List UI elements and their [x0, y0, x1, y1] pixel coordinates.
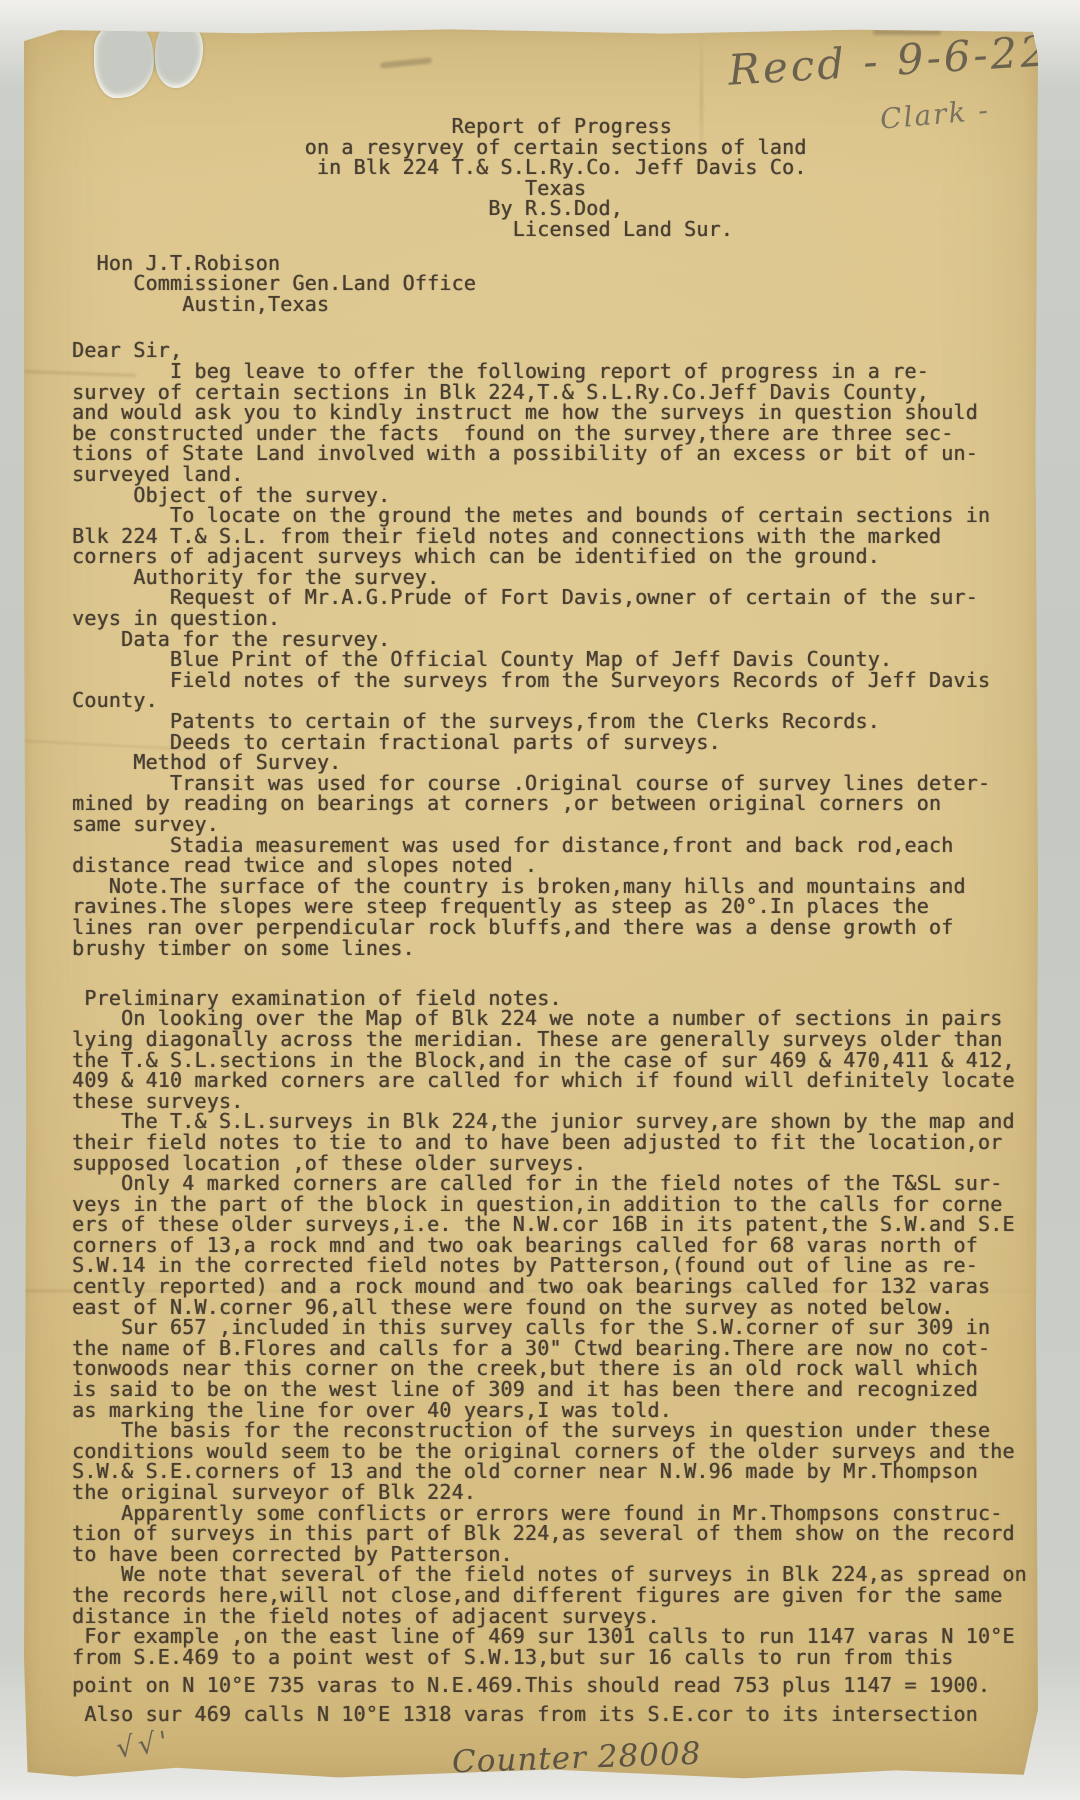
typed-line: be constructed under the facts found on … [72, 423, 1038, 444]
typed-line: Transit was used for course .Original co… [72, 773, 1038, 794]
typed-line: same survey. [72, 814, 1038, 835]
typed-line: Request of Mr.A.G.Prude of Fort Davis,ow… [72, 587, 1038, 608]
typed-line: corners of adjacent surveys which can be… [72, 546, 1038, 567]
typed-line: supposed location ,of these older survey… [72, 1153, 1038, 1174]
report-title-block: Report of Progress on a resyrvey of cert… [72, 116, 1038, 240]
typed-line: Authority for the survey. [72, 567, 1038, 588]
typed-line: lying diagonally across the meridian. Th… [72, 1029, 1038, 1050]
scan-background: Recd - 9-6-22 Clark - Report of Progress… [0, 0, 1080, 1800]
typed-line: survey of certain sections in Blk 224,T.… [72, 382, 1038, 403]
typed-line: Preliminary examination of field notes. [72, 988, 1038, 1009]
typed-line: on a resyrvey of certain sections of lan… [72, 137, 1038, 158]
document-paper: Recd - 9-6-22 Clark - Report of Progress… [24, 28, 1038, 1780]
typed-line: Patents to certain of the surveys,from t… [72, 711, 1038, 732]
typed-line: 409 & 410 marked corners are called for … [72, 1070, 1038, 1091]
typed-line: the original surveyor of Blk 224. [72, 1482, 1038, 1503]
typed-line: from S.E.469 to a point west of S.W.13,b… [72, 1647, 1038, 1668]
typed-line: Dear Sir, [72, 340, 1038, 361]
typed-line: to have been corrected by Patterson. [72, 1544, 1038, 1565]
typed-line: the name of B.Flores and calls for a 30"… [72, 1338, 1038, 1359]
typed-line: and would ask you to kindly instruct me … [72, 402, 1038, 423]
typed-line: their field notes to tie to and to have … [72, 1132, 1038, 1153]
typed-line: The T.& S.L.surveys in Blk 224,the junio… [72, 1111, 1038, 1132]
typed-line: Data for the resurvey. [72, 629, 1038, 650]
typed-line: Blk 224 T.& S.L. from their field notes … [72, 526, 1038, 547]
typed-line: The basis for the reconstruction of the … [72, 1420, 1038, 1441]
typed-line: Field notes of the surveys from the Surv… [72, 670, 1038, 691]
typed-line: east of N.W.corner 96,all these were fou… [72, 1297, 1038, 1318]
typed-line: Also sur 469 calls N 10°E 1318 varas fro… [72, 1704, 1038, 1725]
typed-line: point on N 10°E 735 varas to N.E.469.Thi… [72, 1675, 1038, 1696]
typed-line: cently reported) and a rock mound and tw… [72, 1276, 1038, 1297]
typed-line: veys in question. [72, 608, 1038, 629]
typed-line [72, 958, 1038, 979]
typed-line: For example ,on the east line of 469 sur… [72, 1626, 1038, 1647]
typed-line: veys in the part of the block in questio… [72, 1194, 1038, 1215]
typed-line: distance read twice and slopes noted . [72, 855, 1038, 876]
typed-line: Only 4 marked corners are called for in … [72, 1173, 1038, 1194]
typed-line: is said to be on the west line of 309 an… [72, 1379, 1038, 1400]
typed-line: Texas [72, 178, 1038, 199]
typed-line: By R.S.Dod, [72, 198, 1038, 219]
typed-line: Apparently some conflicts or errors were… [72, 1503, 1038, 1524]
typed-line: Sur 657 ,included in this survey calls f… [72, 1317, 1038, 1338]
typed-line: Austin,Texas [72, 294, 1038, 315]
recipient-address-block: Hon J.T.Robison Commissioner Gen.Land Of… [72, 253, 1038, 315]
typed-line: lines ran over perpendicular rock bluffs… [72, 917, 1038, 938]
typed-line: We note that several of the field notes … [72, 1564, 1038, 1585]
typed-line: as marking the line for over 40 years,I … [72, 1400, 1038, 1421]
file-number-annotation: Counter 28008 [451, 1736, 702, 1781]
typed-line: conditions would seem to be the original… [72, 1441, 1038, 1462]
typed-line: Note.The surface of the country is broke… [72, 876, 1038, 897]
typed-line: brushy timber on some lines. [72, 938, 1038, 959]
typed-line: tion of surveys in this part of Blk 224,… [72, 1523, 1038, 1544]
typed-line: mined by reading on bearings at corners … [72, 793, 1038, 814]
typed-line: ravines.The slopes were steep frequently… [72, 896, 1038, 917]
typed-line: corners of 13,a rock mnd and two oak bea… [72, 1235, 1038, 1256]
typed-line: S.W.14 in the corrected field notes by P… [72, 1255, 1038, 1276]
typed-line: tonwoods near this corner on the creek,b… [72, 1358, 1038, 1379]
typed-line: distance in the field notes of adjacent … [72, 1606, 1038, 1627]
typewritten-text: Report of Progress on a resyrvey of cert… [24, 28, 1038, 1725]
typed-line: S.W.& S.E.corners of 13 and the old corn… [72, 1461, 1038, 1482]
typed-line: these surveys. [72, 1091, 1038, 1112]
typed-line: in Blk 224 T.& S.L.Ry.Co. Jeff Davis Co. [72, 157, 1038, 178]
typed-line: tions of State Land involved with a poss… [72, 443, 1038, 464]
typed-line: Report of Progress [72, 116, 1038, 137]
typed-line: Stadia measurement was used for distance… [72, 835, 1038, 856]
typed-line: the records here,will not close,and diff… [72, 1585, 1038, 1606]
letter-body-block: Dear Sir, I beg leave to offer the follo… [72, 340, 1038, 1724]
typed-line: To locate on the ground the metes and bo… [72, 505, 1038, 526]
typed-line: ers of these older surveys,i.e. the N.W.… [72, 1214, 1038, 1235]
typed-line: Hon J.T.Robison [72, 253, 1038, 274]
typed-line: surveyed land. [72, 464, 1038, 485]
typed-line: On looking over the Map of Blk 224 we no… [72, 1008, 1038, 1029]
typed-line: County. [72, 690, 1038, 711]
pencil-checkmarks: √√' [114, 1724, 173, 1764]
typed-line: Licensed Land Sur. [72, 219, 1038, 240]
typed-line: Object of the survey. [72, 485, 1038, 506]
typed-line: the T.& S.L.sections in the Block,and in… [72, 1050, 1038, 1071]
typed-line: I beg leave to offer the following repor… [72, 361, 1038, 382]
typed-line: Blue Print of the Official County Map of… [72, 649, 1038, 670]
typed-line: Method of Survey. [72, 752, 1038, 773]
typed-line: Deeds to certain fractional parts of sur… [72, 732, 1038, 753]
typed-line: Commissioner Gen.Land Office [72, 273, 1038, 294]
